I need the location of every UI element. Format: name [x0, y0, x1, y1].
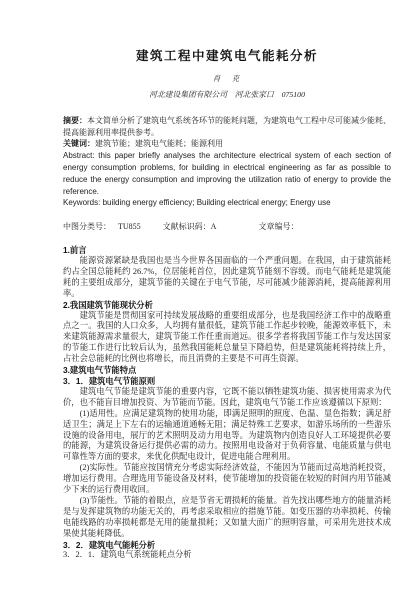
- author-name: 肖 克: [63, 73, 391, 84]
- abstract-cn-text: 本文简单分析了建筑电气系统各环节的能耗问题，为建筑电气工程中尽可能减少能耗、提高…: [63, 116, 391, 137]
- keywords-cn-text: 建筑节能；建筑电气能耗；能源利用: [95, 139, 223, 148]
- abstract-en: Abstract: this paper briefly analyses th…: [63, 150, 391, 197]
- paragraph: (2)实际性。节能应按国情充分考虑实际经济效益，不能因为节能而过高地消耗投资，增…: [63, 463, 391, 496]
- abstract-cn: 摘要：本文简单分析了建筑电气系统各环节的能耗问题，为建筑电气工程中尽可能减少能耗…: [63, 115, 391, 138]
- article-number: 文章编号：: [258, 222, 298, 231]
- section-heading-1: 1.前言: [63, 245, 391, 256]
- paragraph: 建筑节能是贯彻国家可持续发展战略的重要组成部分，也是我国经济工作中的战略重点之一…: [63, 311, 391, 366]
- paragraph: (1)适用性。应满足建筑物的使用功能，即满足照明的照度、色温、显色指数；满足舒适…: [63, 409, 391, 464]
- clc-value: TU855: [118, 222, 141, 231]
- chinese-abstract-block: 摘要：本文简单分析了建筑电气系统各环节的能耗问题，为建筑电气工程中尽可能减少能耗…: [63, 115, 391, 150]
- keywords-cn-label: 关键词：: [63, 139, 95, 148]
- document-page: 建筑工程中建筑电气能耗分析 肖 克 河北建设集团有限公司 河北张家口 07510…: [0, 0, 417, 590]
- paper-body: 1.前言 能源资源紧缺是我国也是当今世界各国面临的一个严重问题。在我国，由于建筑…: [63, 245, 391, 561]
- keywords-en: Keywords: building energy efficiency; Bu…: [63, 197, 391, 209]
- paper-title: 建筑工程中建筑电气能耗分析: [63, 46, 391, 64]
- paragraph: 建筑电气节能是建筑节能的重要内容，它既不能以牺牲建筑功能、损害使用需求为代价，也…: [63, 387, 391, 409]
- paragraph: 能源资源紧缺是我国也是当今世界各国面临的一个严重问题。在我国，由于建筑能耗约占全…: [63, 256, 391, 300]
- section-heading-3-2: 3．2．建筑电气能耗分析: [63, 540, 391, 551]
- section-heading-2: 2.我国建筑节能现状分析: [63, 300, 391, 311]
- english-abstract-block: Abstract: this paper briefly analyses th…: [63, 150, 391, 209]
- section-heading-3-1: 3．1．建筑电气节能原则: [63, 376, 391, 387]
- paragraph: (3)节能性。节能的着眼点，应是节省无谓损耗的能量。首先找出哪些地方的能量消耗是…: [63, 496, 391, 540]
- keywords-cn: 关键词：建筑节能；建筑电气能耗；能源利用: [63, 138, 391, 150]
- section-heading-3-2-1: 3．2．1．建筑电气系统能耗点分析: [63, 550, 391, 561]
- clc-label: 中图分类号：: [63, 222, 111, 231]
- abstract-cn-label: 摘要：: [63, 116, 87, 125]
- document-code: 文献标识码：A: [163, 222, 217, 231]
- section-heading-3: 3.建筑电气节能特点: [63, 365, 391, 376]
- affiliation: 河北建设集团有限公司 河北张家口 075100: [63, 89, 391, 100]
- classification-row: 中图分类号：TU855文献标识码：A文章编号：: [63, 221, 391, 232]
